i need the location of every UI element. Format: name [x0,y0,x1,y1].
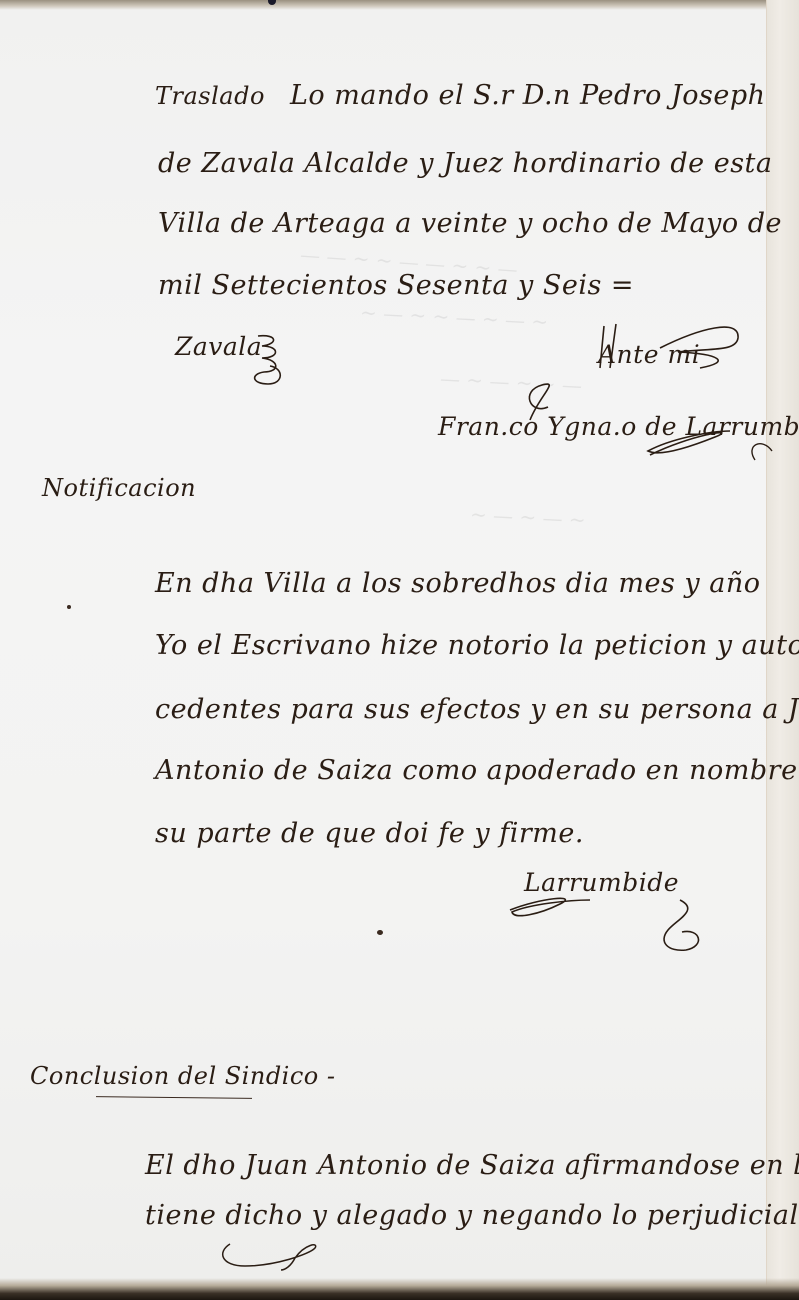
bleed-through-text: ~ — ~ ~ — ~ — ~ [360,300,549,334]
heading-underline [96,1096,252,1099]
signature-larrumbide-full: Fran.co Ygna.o de Larrumbide [438,412,799,441]
text-line: El dho Juan Antonio de Saiza afirmandose… [145,1150,799,1181]
margin-label-traslado: Traslado [155,82,265,110]
attestation-ante-mi: Ante mi [598,340,700,369]
text-line: Villa de Arteaga a veinte y ocho de Mayo… [158,208,782,239]
ink-speck [377,930,383,935]
margin-label-conclusion: Conclusion del Sindico - [30,1062,335,1090]
bleed-through-text: — ~ — ~ ~ — [439,366,582,397]
text-line: su parte de que doi fe y firme. [155,818,584,849]
paper-top-edge [0,0,799,10]
signature-zavala: Zavala [175,332,262,361]
text-line: Lo mando el S.r D.n Pedro Joseph [290,80,766,111]
signature-larrumbide: Larrumbide [524,868,679,897]
text-line: mil Settecientos Sesenta y Seis = [158,270,634,301]
ink-speck [67,605,71,609]
paper-bottom-edge [0,1278,799,1300]
text-line: tiene dicho y alegado y negando lo perju… [145,1200,799,1231]
margin-label-notificacion: Notificacion [42,474,196,502]
text-line: de Zavala Alcalde y Juez hordinario de e… [158,148,773,179]
text-line: Antonio de Saiza como apoderado en nombr… [155,755,799,786]
bleed-through-text: ~ — ~ — ~ [469,502,586,532]
line-end-flourish [215,1240,335,1280]
text-line: En dha Villa a los sobredhos dia mes y a… [155,568,761,599]
text-line: cedentes para sus efectos y en su person… [155,694,799,725]
text-line: Yo el Escrivano hize notorio la peticion… [155,630,799,661]
manuscript-page: — — ~ ~ — — ~ ~ — ~ — ~ ~ — ~ — ~ — ~ — … [0,0,799,1300]
